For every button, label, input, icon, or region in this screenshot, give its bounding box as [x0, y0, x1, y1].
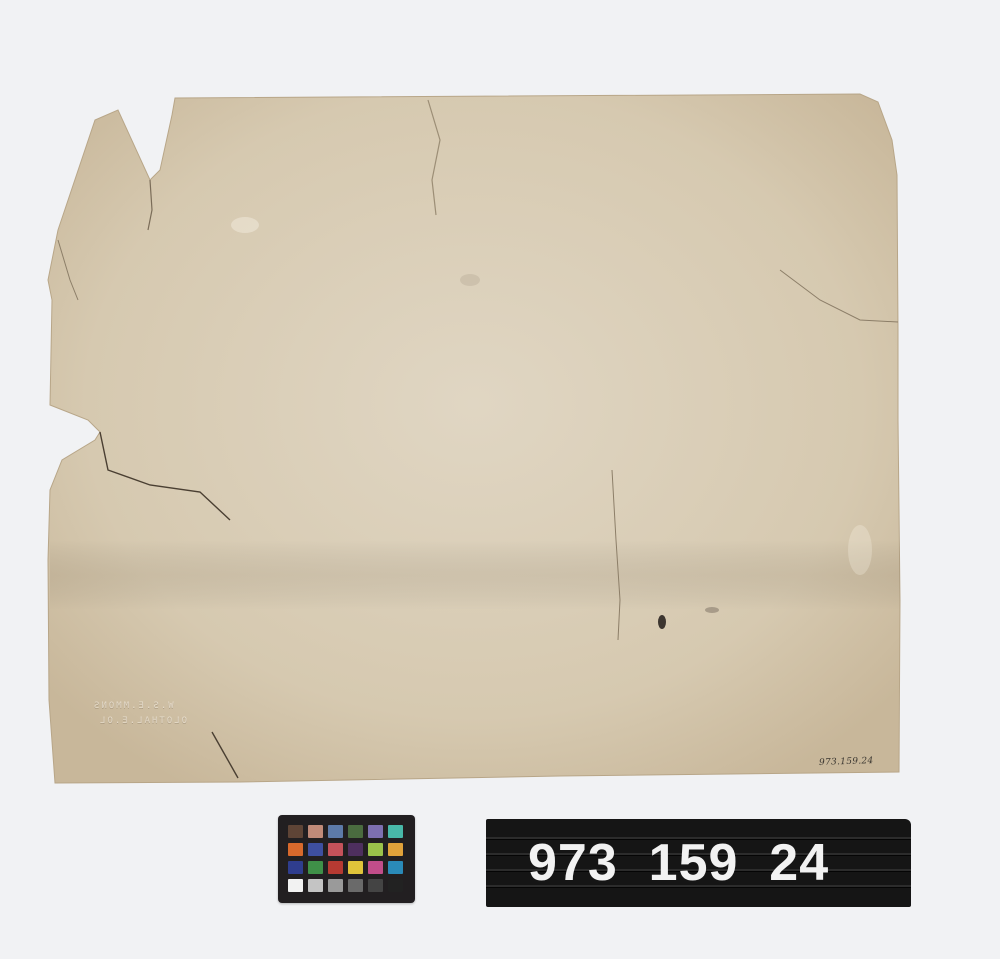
color-patch — [328, 879, 343, 892]
color-patch — [328, 843, 343, 856]
handwritten-accession-number: 973.159.24 — [819, 756, 874, 768]
color-patch — [328, 825, 343, 838]
board-accession-number: 973 159 24 — [528, 835, 829, 891]
color-patch — [288, 843, 303, 856]
color-patch — [368, 825, 383, 838]
color-patch — [328, 861, 343, 874]
color-patch-grid — [288, 825, 403, 892]
color-patch — [348, 879, 363, 892]
color-patch — [368, 879, 383, 892]
color-patch — [308, 879, 323, 892]
color-patch — [288, 861, 303, 874]
embossed-stamp-line-1: W.S.E.MMONS — [92, 701, 174, 711]
color-patch — [388, 861, 403, 874]
color-patch — [368, 843, 383, 856]
color-checker-card — [278, 815, 415, 903]
color-patch — [308, 843, 323, 856]
color-patch — [368, 861, 383, 874]
color-patch — [308, 825, 323, 838]
archival-scan: W.S.E.MMONS OLOTHAL.E.OL 973.159.24 973 … — [0, 0, 1000, 959]
accession-number-board: 973 159 24 — [486, 819, 911, 907]
color-patch — [388, 825, 403, 838]
color-patch — [288, 879, 303, 892]
color-patch — [348, 843, 363, 856]
color-patch — [348, 861, 363, 874]
color-patch — [288, 825, 303, 838]
color-patch — [308, 861, 323, 874]
color-patch — [388, 879, 403, 892]
color-patch — [388, 843, 403, 856]
torn-paper-sheet — [0, 0, 1000, 959]
color-patch — [348, 825, 363, 838]
embossed-stamp-line-2: OLOTHAL.E.OL — [98, 716, 187, 726]
